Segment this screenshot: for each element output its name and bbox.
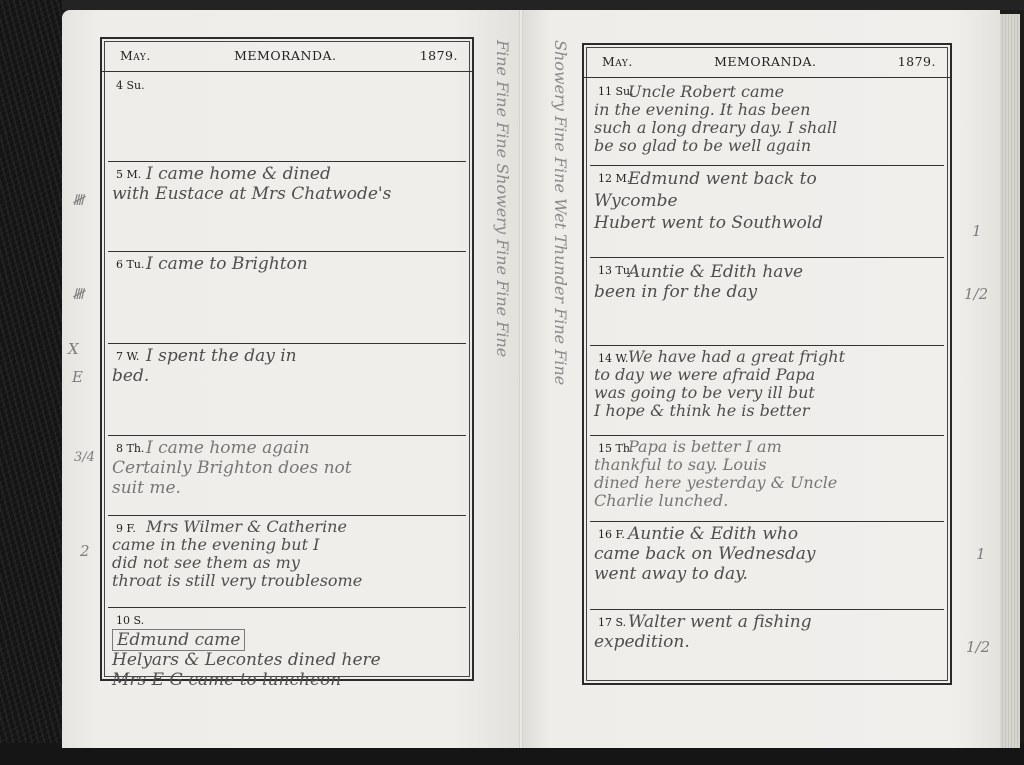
- book-spine: [0, 0, 62, 765]
- entry-text: I spent the day in bed.: [112, 346, 466, 386]
- margin-fraction: 1/2: [966, 638, 990, 656]
- entry-text: Papa is better I am thankful to say. Lou…: [594, 438, 944, 510]
- margin-fraction: 3/4: [74, 450, 95, 465]
- entry-text: I came to Brighton: [112, 254, 466, 274]
- entry-text: I came home again Certainly Brighton doe…: [112, 438, 466, 498]
- entry-text: Auntie & Edith have been in for the day: [594, 262, 944, 302]
- margin-number: 1: [976, 545, 986, 563]
- entry-text-continued: Helyars & Lecontes dined here Mrs E G ca…: [112, 650, 381, 690]
- day-entry: 15 Th. Papa is better I am thankful to s…: [590, 435, 944, 522]
- margin-mark: E: [72, 368, 83, 386]
- entry-text: Walter went a fishing expedition.: [594, 612, 944, 652]
- day-entry: 9 F. Mrs Wilmer & Catherine came in the …: [108, 515, 466, 598]
- day-entry: 13 Tu. Auntie & Edith have been in for t…: [590, 257, 944, 350]
- day-entry: 5 M. I came home & dined with Eustace at…: [108, 161, 466, 250]
- day-entry: 7 W. I spent the day in bed.: [108, 343, 466, 436]
- day-entry: 8 Th. I came home again Certainly Bright…: [108, 435, 466, 524]
- margin-tally: 𝍸: [72, 190, 84, 215]
- right-page-header: May. MEMORANDA. 1879.: [584, 45, 950, 78]
- margin-number: 1: [972, 222, 982, 240]
- entry-text: I came home & dined with Eustace at Mrs …: [112, 164, 466, 204]
- header-year: 1879.: [420, 48, 458, 63]
- header-month: May.: [120, 48, 151, 63]
- header-year: 1879.: [898, 54, 936, 69]
- boxed-note: Edmund came: [112, 629, 245, 651]
- day-label: 4 Su.: [116, 79, 145, 92]
- book-gutter: [519, 10, 523, 748]
- page-edges: [1000, 14, 1020, 748]
- left-page-header: May. MEMORANDA. 1879.: [102, 39, 472, 72]
- weather-notes-left: Fine Fine Fine Showery Fine Fine Fine: [493, 40, 512, 357]
- header-title: MEMORANDA.: [714, 54, 816, 69]
- left-page-frame: May. MEMORANDA. 1879. 4 Su. 5 M. I came …: [100, 37, 474, 681]
- entry-text: Edmund came Helyars & Lecontes dined her…: [112, 610, 466, 690]
- book-cover-top: [0, 0, 1024, 10]
- margin-tally: 𝍸: [72, 284, 84, 309]
- entry-text: We have had a great fright to day we wer…: [594, 348, 944, 420]
- entry-text: Auntie & Edith who came back on Wednesda…: [594, 524, 944, 584]
- day-entry: 11 Su. Uncle Robert came in the evening.…: [590, 79, 944, 165]
- day-entry: 10 S. Edmund came Helyars & Lecontes din…: [108, 607, 466, 678]
- day-entry: 17 S. Walter went a fishing expedition.: [590, 609, 944, 680]
- weather-notes-right: Showery Fine Fine Wet Thunder Fine Fine: [551, 40, 570, 385]
- day-entry: 12 M. Edmund went back to Wycombe Hubert…: [590, 165, 944, 258]
- day-entry: 14 W. We have had a great fright to day …: [590, 345, 944, 436]
- day-entry: 4 Su.: [108, 73, 466, 161]
- margin-number: 2: [80, 542, 90, 560]
- header-month: May.: [602, 54, 633, 69]
- right-page-frame: May. MEMORANDA. 1879. 11 Su. Uncle Rober…: [582, 43, 952, 685]
- entry-text: Edmund went back to Wycombe Hubert went …: [594, 168, 944, 234]
- header-title: MEMORANDA.: [234, 48, 336, 63]
- margin-fraction: 1/2: [964, 285, 988, 303]
- day-entry: 16 F. Auntie & Edith who came back on We…: [590, 521, 944, 610]
- entry-text: Mrs Wilmer & Catherine came in the eveni…: [112, 518, 466, 590]
- day-entry: 6 Tu. I came to Brighton: [108, 251, 466, 344]
- entry-text: Uncle Robert came in the evening. It has…: [594, 83, 944, 155]
- margin-mark: X: [68, 340, 79, 358]
